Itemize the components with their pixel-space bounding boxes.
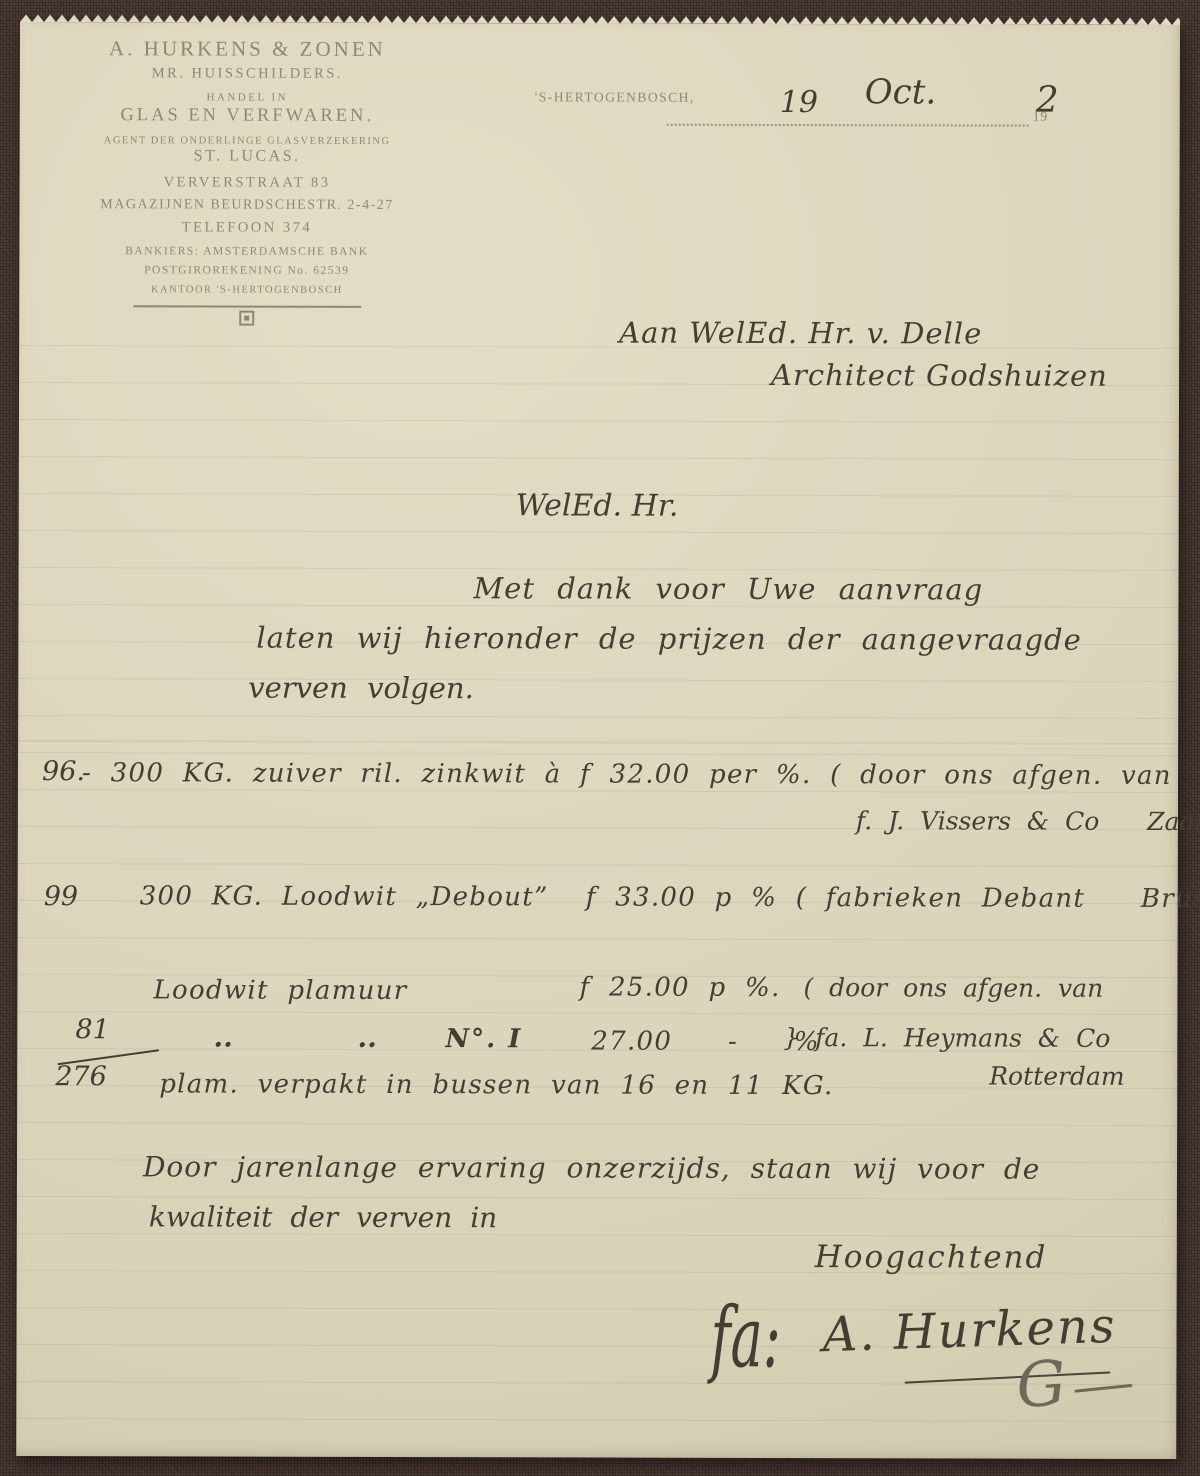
item1-margin-number: 96. <box>42 757 85 787</box>
letterhead-agency-name: ST. LUCAS. <box>55 147 440 166</box>
recipient-line-2: Architect Godshuizen <box>771 360 1108 393</box>
letterhead-trade-intro: HANDEL IN <box>55 91 440 104</box>
handwritten-day: 19 <box>780 86 818 119</box>
body-line-3: verven volgen. <box>248 673 474 705</box>
item1-supplier: f. J. Vissers & Co Zaandam <box>856 807 1200 836</box>
signature-flourish-tail <box>1074 1384 1132 1393</box>
closing-line-1: Door jarenlange ervaring onzerzijds, sta… <box>143 1152 1040 1185</box>
torn-edge-decoration <box>20 14 1180 25</box>
letterhead-address: VERVERSTRAAT 83 <box>55 174 440 192</box>
letter-paper: A. HURKENS & ZONEN MR. HUISSCHILDERS. HA… <box>16 22 1180 1459</box>
item3-packing-note: plam. verpakt in bussen van 16 en 11 KG. <box>159 1070 833 1100</box>
letterhead-trade: GLAS EN VERFWAREN. <box>55 105 440 127</box>
fold-crease <box>18 740 1178 747</box>
letterhead-company-name: A. HURKENS & ZONEN <box>55 36 440 62</box>
dateline: 'S-HERTOGENBOSCH, 19 <box>535 81 1115 139</box>
item3-fraction-bottom: 276 <box>55 1062 107 1092</box>
item3-note-1: ( door ons afgen. van <box>803 974 1103 1002</box>
handwritten-month: Oct. <box>865 74 936 112</box>
signature: A. Hurkens <box>822 1300 1117 1362</box>
item1-text: - 300 KG. zuiver ril. zinkwit à f 32.00 … <box>82 759 1172 790</box>
item3-product: Loodwit plamuur <box>153 976 407 1005</box>
recipient-line-1: Aan WelEd. Hr. v. Delle <box>619 318 982 351</box>
item3-supplier-city: Rotterdam <box>989 1063 1124 1091</box>
item3-grade: N°. I <box>445 1025 522 1054</box>
handwritten-year-digit: 2 <box>1036 81 1059 121</box>
letterhead-telephone: TELEFOON 374 <box>54 219 439 237</box>
body-line-1: Met dank voor Uwe aanvraag <box>473 573 983 606</box>
letterhead-agency: AGENT DER ONDERLINGE GLASVERZEKERING <box>55 135 440 147</box>
square-ornament-icon <box>239 311 254 326</box>
item3-ditto-mark-1: .. <box>213 1023 233 1054</box>
signature-underline <box>905 1371 1111 1383</box>
item2-margin-number: 99 <box>44 882 78 912</box>
item3-price-1: f 25.00 p %. <box>579 973 780 1002</box>
item3-fraction-top: 81 <box>75 1015 109 1045</box>
letterhead-office: KANTOOR 'S-HERTOGENBOSCH <box>54 284 439 296</box>
salutation: WelEd. Hr. <box>516 489 679 522</box>
letterhead-divider <box>133 305 361 308</box>
item2-text: 300 KG. Loodwit „Debout” f 33.00 p % ( f… <box>140 882 1200 913</box>
letterhead-giro-account: POSTGIROREKENING No. 62539 <box>54 264 439 277</box>
item3-note-2: } fa. L. Heymans & Co <box>783 1024 1110 1052</box>
body-line-2: laten wij hieronder de prijzen der aange… <box>256 623 1081 657</box>
dateline-dotted-rule <box>667 100 1029 127</box>
letterhead: A. HURKENS & ZONEN MR. HUISSCHILDERS. HA… <box>54 36 440 326</box>
scanned-letter-scene: A. HURKENS & ZONEN MR. HUISSCHILDERS. HA… <box>0 0 1200 1476</box>
valediction: Hoogachtend <box>815 1240 1048 1275</box>
item3-ditto-mark-2: .. <box>357 1023 377 1054</box>
letterhead-warehouses: MAGAZIJNEN BEURDSCHESTR. 2-4-27 <box>54 197 439 214</box>
letterhead-profession: MR. HUISSCHILDERS. <box>55 65 440 83</box>
signature-flourish: G <box>1014 1349 1068 1420</box>
signature-prefix: fa: <box>710 1292 781 1384</box>
letterhead-bankers: BANKIERS: AMSTERDAMSCHE BANK <box>54 245 439 258</box>
closing-line-2: kwaliteit der verven in <box>149 1202 497 1234</box>
